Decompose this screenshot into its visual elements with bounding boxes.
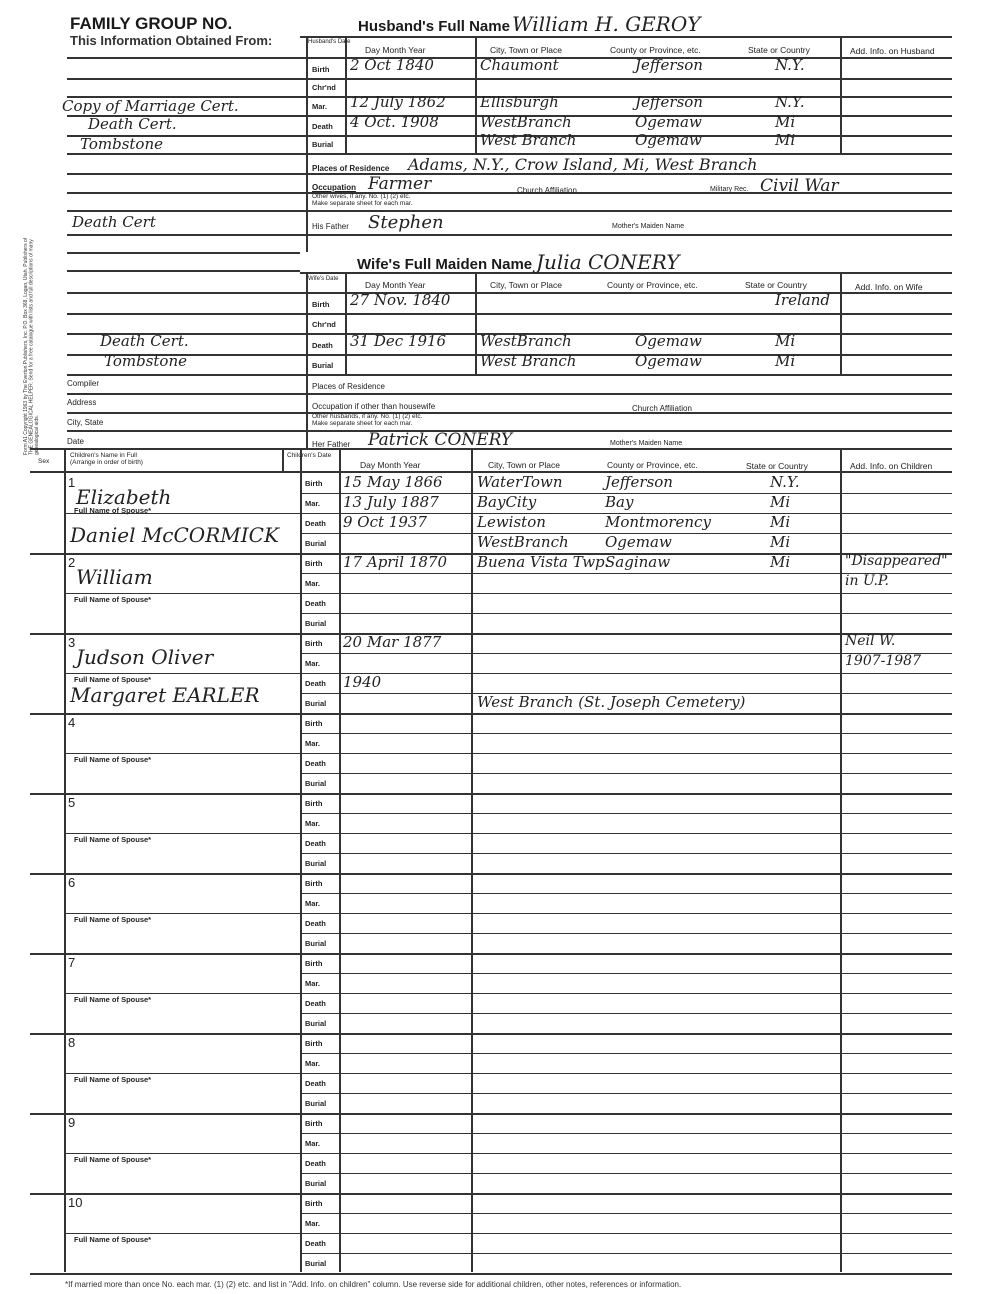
wife-name[interactable]: Julia CONERY xyxy=(536,250,679,274)
spouse-label: Full Name of Spouse* xyxy=(74,915,151,924)
husband-birth-date[interactable]: 2 Oct 1840 xyxy=(350,56,434,74)
child-birth-city[interactable]: Buena Vista Twp. xyxy=(477,553,609,571)
child-mar-county[interactable]: Bay xyxy=(605,493,633,511)
rule-line xyxy=(64,913,300,914)
husband-father[interactable]: Stephen xyxy=(368,212,444,233)
husband-birth-state[interactable]: N.Y. xyxy=(775,56,805,74)
child-burial-label: Burial xyxy=(305,699,326,708)
child-mar-city[interactable]: BayCity xyxy=(477,493,536,511)
rule-line xyxy=(64,673,300,674)
child-number: 2 xyxy=(68,555,75,570)
rule-line xyxy=(300,993,952,994)
child-burial-county[interactable]: Ogemaw xyxy=(605,533,672,551)
wife-occupation-label: Occupation if other than housewife xyxy=(312,402,435,411)
child-mar-label: Mar. xyxy=(305,579,320,588)
column-divider xyxy=(345,272,347,374)
child-birth-state[interactable]: Mi xyxy=(770,553,790,571)
rule-line xyxy=(300,813,952,814)
add-info-children-label: Add. Info. on Children xyxy=(850,461,932,471)
husband-occupation[interactable]: Farmer xyxy=(368,174,431,194)
rule-line xyxy=(300,973,952,974)
column-divider xyxy=(471,448,473,1272)
wife-residence-label: Places of Residence xyxy=(312,382,385,391)
child-burial-label: Burial xyxy=(305,779,326,788)
wife-birth-date[interactable]: 27 Nov. 1840 xyxy=(350,291,450,309)
column-divider xyxy=(840,448,842,1272)
spouse-label: Full Name of Spouse* xyxy=(74,506,151,515)
husband-father-source[interactable]: Death Cert xyxy=(72,213,156,231)
rule-line xyxy=(300,1133,952,1134)
child-birth-state[interactable]: N.Y. xyxy=(770,473,800,491)
spouse-label: Full Name of Spouse* xyxy=(74,755,151,764)
column-divider xyxy=(306,36,308,252)
rule-line xyxy=(300,593,952,594)
husband-mother-label: Mother's Maiden Name xyxy=(612,223,684,230)
child-number: 9 xyxy=(68,1115,75,1130)
rule-line xyxy=(30,713,952,715)
children-name-label-1: Children's Name in Full xyxy=(70,452,137,459)
child-birth-label: Birth xyxy=(305,799,323,808)
husband-birth-label: Birth xyxy=(312,65,330,74)
wife-birth-label: Birth xyxy=(312,300,330,309)
child-mar-label: Mar. xyxy=(305,1219,320,1228)
side-copyright: Form A1 Copyright 1963 by The Everton Pu… xyxy=(24,235,40,455)
child-death-county[interactable]: Montmorency xyxy=(605,513,711,531)
rule-line xyxy=(30,793,952,795)
husband-chrnd-label: Chr'nd xyxy=(312,83,336,92)
husband-source-2[interactable]: Death Cert. xyxy=(88,115,177,133)
child-death-label: Death xyxy=(305,999,326,1008)
child-name[interactable]: Judson Oliver xyxy=(76,645,213,669)
rule-line xyxy=(300,913,952,914)
column-divider xyxy=(840,272,842,374)
his-father-label: His Father xyxy=(312,222,349,231)
child-add-info-1[interactable]: Neil W. xyxy=(845,633,895,649)
husband-residence[interactable]: Adams, N.Y., Crow Island, Mi, West Branc… xyxy=(408,155,757,174)
child-mar-label: Mar. xyxy=(305,739,320,748)
occupation-label: Occupation xyxy=(312,183,356,192)
spouse-name[interactable]: Daniel McCORMICK xyxy=(70,523,279,547)
rule-line xyxy=(64,993,300,994)
rule-line xyxy=(300,853,952,854)
rule-line xyxy=(300,1173,952,1174)
column-divider xyxy=(64,448,66,1272)
child-county-label: County or Province, etc. xyxy=(607,460,698,470)
child-birth-date[interactable]: 17 April 1870 xyxy=(343,553,447,571)
column-divider xyxy=(840,36,842,153)
rule-line xyxy=(300,36,952,38)
husband-mar-county[interactable]: Jefferson xyxy=(635,93,703,111)
child-burial-label: Burial xyxy=(305,1019,326,1028)
spouse-label: Full Name of Spouse* xyxy=(74,995,151,1004)
other-husbands-label-1: Other husbands, if any. No. (1) (2) etc. xyxy=(312,413,422,420)
rule-line xyxy=(30,448,952,450)
county-label: County or Province, etc. xyxy=(610,45,701,55)
state-label: State or Country xyxy=(748,45,810,55)
add-info-husband-label: Add. Info. on Husband xyxy=(850,46,935,56)
rule-line xyxy=(300,933,952,934)
rule-line xyxy=(64,1153,300,1154)
rule-line xyxy=(300,1233,952,1234)
rule-line xyxy=(67,313,952,315)
wife-father[interactable]: Patrick CONERY xyxy=(368,430,512,450)
child-birth-label: Birth xyxy=(305,1039,323,1048)
child-add-info-2[interactable]: 1907-1987 xyxy=(845,653,921,669)
child-name[interactable]: William xyxy=(76,565,153,589)
column-divider xyxy=(339,448,341,1272)
city-label: City, Town or Place xyxy=(490,45,562,55)
wife-burial-city[interactable]: West Branch xyxy=(480,352,576,370)
husband-burial-state[interactable]: Mi xyxy=(775,131,795,149)
husband-death-county[interactable]: Ogemaw xyxy=(635,113,702,131)
rule-line xyxy=(30,1193,952,1195)
footnote: *If married more than once No. each mar.… xyxy=(65,1280,681,1289)
child-day-month-year-label: Day Month Year xyxy=(360,460,420,470)
child-burial-city[interactable]: West Branch (St. Joseph Cemetery) xyxy=(477,693,745,711)
child-death-label: Death xyxy=(305,1239,326,1248)
rule-line xyxy=(67,412,952,414)
wife-county-label: County or Province, etc. xyxy=(607,280,698,290)
child-birth-label: Birth xyxy=(305,959,323,968)
rule-line xyxy=(30,1033,952,1035)
child-burial-label: Burial xyxy=(305,619,326,628)
child-mar-label: Mar. xyxy=(305,979,320,988)
child-burial-label: Burial xyxy=(305,1179,326,1188)
child-death-label: Death xyxy=(305,759,326,768)
address-label: Address xyxy=(67,398,96,407)
wifes-date-label: Wife's Date xyxy=(308,276,338,283)
child-death-date[interactable]: 9 Oct 1937 xyxy=(343,513,427,531)
child-number: 7 xyxy=(68,955,75,970)
children-name-label-2: (Arrange in order of birth) xyxy=(70,459,143,466)
wife-death-city[interactable]: WestBranch xyxy=(480,332,572,350)
wife-source-1[interactable]: Death Cert. xyxy=(100,332,189,350)
residence-label: Places of Residence xyxy=(312,164,389,173)
wife-mother-label: Mother's Maiden Name xyxy=(610,440,682,447)
child-birth-date[interactable]: 15 May 1866 xyxy=(343,473,443,491)
column-divider xyxy=(282,448,284,473)
child-birth-label: Birth xyxy=(305,479,323,488)
wife-burial-state[interactable]: Mi xyxy=(775,352,795,370)
child-add-info-2[interactable]: in U.P. xyxy=(845,573,889,589)
child-birth-label: Birth xyxy=(305,719,323,728)
child-mar-label: Mar. xyxy=(305,1059,320,1068)
rule-line xyxy=(300,1013,952,1014)
child-number: 6 xyxy=(68,875,75,890)
compiler-label: Compiler xyxy=(67,379,99,388)
column-divider xyxy=(475,272,477,374)
husband-death-city[interactable]: WestBranch xyxy=(480,113,572,131)
child-birth-date[interactable]: 20 Mar 1877 xyxy=(343,633,441,651)
rule-line xyxy=(30,1273,952,1275)
child-birth-label: Birth xyxy=(305,879,323,888)
husband-burial-county[interactable]: Ogemaw xyxy=(635,131,702,149)
husband-mar-date[interactable]: 12 July 1862 xyxy=(350,93,446,111)
wife-chrnd-label: Chr'nd xyxy=(312,320,336,329)
child-death-label: Death xyxy=(305,519,326,528)
church-label: Church Affiliation xyxy=(517,186,577,195)
husband-mar-label: Mar. xyxy=(312,102,327,111)
spouse-label: Full Name of Spouse* xyxy=(74,1075,151,1084)
spouse-label: Full Name of Spouse* xyxy=(74,1235,151,1244)
child-death-state[interactable]: Mi xyxy=(770,513,790,531)
spouse-label: Full Name of Spouse* xyxy=(74,835,151,844)
rule-line xyxy=(64,593,300,594)
wife-death-label: Death xyxy=(312,341,333,350)
child-death-label: Death xyxy=(305,919,326,928)
husband-death-label: Death xyxy=(312,122,333,131)
child-death-label: Death xyxy=(305,1159,326,1168)
husband-source-3[interactable]: Tombstone xyxy=(80,135,163,153)
child-death-city[interactable]: Lewiston xyxy=(477,513,546,531)
child-mar-label: Mar. xyxy=(305,659,320,668)
child-burial-label: Burial xyxy=(305,939,326,948)
child-burial-city[interactable]: WestBranch xyxy=(477,533,569,551)
military-label: Military Rec. xyxy=(710,186,749,193)
child-birth-label: Birth xyxy=(305,1119,323,1128)
spouse-label: Full Name of Spouse* xyxy=(74,1155,151,1164)
wife-birth-state[interactable]: Ireland xyxy=(775,291,830,309)
wife-church-label: Church Affiliation xyxy=(632,404,692,413)
spouse-name[interactable]: Margaret EARLER xyxy=(70,683,260,707)
husband-death-state[interactable]: Mi xyxy=(775,113,795,131)
husband-mar-city[interactable]: Ellisburgh xyxy=(480,93,559,111)
sex-label: Sex xyxy=(38,458,49,465)
rule-line xyxy=(300,613,952,614)
column-divider xyxy=(345,36,347,153)
husband-birth-city[interactable]: Chaumont xyxy=(480,56,559,74)
child-burial-label: Burial xyxy=(305,859,326,868)
other-wives-label-1: Other wives, if any. No. (1) (2) etc. xyxy=(312,193,411,200)
wife-burial-label: Burial xyxy=(312,361,333,370)
spouse-label: Full Name of Spouse* xyxy=(74,595,151,604)
husband-military[interactable]: Civil War xyxy=(760,176,839,196)
rule-line xyxy=(300,753,952,754)
wife-death-county[interactable]: Ogemaw xyxy=(635,332,702,350)
obtained-from-label: This Information Obtained From: xyxy=(70,33,272,48)
rule-line xyxy=(30,953,952,955)
husband-name[interactable]: William H. GEROY xyxy=(512,12,700,36)
child-burial-label: Burial xyxy=(305,539,326,548)
other-wives-label-2: Make separate sheet for each mar. xyxy=(312,200,412,207)
child-state-label: State or Country xyxy=(746,461,808,471)
other-husbands-label-2: Make separate sheet for each mar. xyxy=(312,420,412,427)
husband-burial-label: Burial xyxy=(312,140,333,149)
rule-line xyxy=(64,833,300,834)
rule-line xyxy=(67,270,300,272)
child-mar-label: Mar. xyxy=(305,1139,320,1148)
child-add-info-1[interactable]: "Disappeared" xyxy=(845,553,948,569)
wife-name-label: Wife's Full Maiden Name xyxy=(357,256,532,273)
rule-line xyxy=(67,78,952,80)
day-month-year-label: Day Month Year xyxy=(365,45,425,55)
child-death-label: Death xyxy=(305,679,326,688)
wife-city-label: City, Town or Place xyxy=(490,280,562,290)
column-divider xyxy=(300,448,302,473)
child-birth-city[interactable]: WaterTown xyxy=(477,473,563,491)
wife-death-state[interactable]: Mi xyxy=(775,332,795,350)
rule-line xyxy=(67,210,952,212)
husband-source-1[interactable]: Copy of Marriage Cert. xyxy=(62,97,239,115)
child-death-date[interactable]: 1940 xyxy=(343,673,381,691)
rule-line xyxy=(67,252,300,254)
rule-line xyxy=(30,873,952,875)
husbands-date-label: Husband's Date xyxy=(308,39,342,46)
rule-line xyxy=(300,1093,952,1094)
wife-burial-county[interactable]: Ogemaw xyxy=(635,352,702,370)
husband-name-label: Husband's Full Name xyxy=(358,18,510,35)
column-divider xyxy=(475,36,477,153)
rule-line xyxy=(30,633,952,635)
child-number: 10 xyxy=(68,1195,82,1210)
rule-line xyxy=(300,833,952,834)
child-mar-label: Mar. xyxy=(305,499,320,508)
wife-death-date[interactable]: 31 Dec 1916 xyxy=(350,332,446,350)
child-burial-state[interactable]: Mi xyxy=(770,533,790,551)
child-number: 4 xyxy=(68,715,75,730)
rule-line xyxy=(67,374,952,376)
family-group-label: FAMILY GROUP NO. xyxy=(70,14,232,34)
child-mar-label: Mar. xyxy=(305,819,320,828)
rule-line xyxy=(64,753,300,754)
child-birth-label: Birth xyxy=(305,1199,323,1208)
column-divider xyxy=(306,272,308,448)
rule-line xyxy=(30,1113,952,1115)
rule-line xyxy=(300,673,952,674)
child-burial-label: Burial xyxy=(305,1099,326,1108)
child-death-label: Death xyxy=(305,839,326,848)
add-info-wife-label: Add. Info. on Wife xyxy=(855,282,923,292)
child-birth-county[interactable]: Saginaw xyxy=(605,553,670,571)
rule-line xyxy=(300,1073,952,1074)
city-state-label: City, State xyxy=(67,418,103,427)
husband-birth-county[interactable]: Jefferson xyxy=(635,56,703,74)
child-number: 1 xyxy=(68,475,75,490)
child-number: 3 xyxy=(68,635,75,650)
husband-burial-city[interactable]: West Branch xyxy=(480,131,576,149)
child-burial-label: Burial xyxy=(305,1259,326,1268)
child-number: 5 xyxy=(68,795,75,810)
child-death-label: Death xyxy=(305,599,326,608)
wife-day-month-year-label: Day Month Year xyxy=(365,280,425,290)
date-label: Date xyxy=(67,437,84,446)
child-mar-date[interactable]: 13 July 1887 xyxy=(343,493,439,511)
child-number: 8 xyxy=(68,1035,75,1050)
husband-mar-state[interactable]: N.Y. xyxy=(775,93,805,111)
wife-source-2[interactable]: Tombstone xyxy=(104,352,187,370)
rule-line xyxy=(300,1253,952,1254)
rule-line xyxy=(67,234,952,236)
child-birth-label: Birth xyxy=(305,639,323,648)
child-birth-label: Birth xyxy=(305,559,323,568)
child-mar-label: Mar. xyxy=(305,899,320,908)
wife-state-label: State or Country xyxy=(745,280,807,290)
rule-line xyxy=(300,893,952,894)
rule-line xyxy=(64,1233,300,1234)
rule-line xyxy=(67,393,952,395)
child-city-label: City, Town or Place xyxy=(488,460,560,470)
rule-line xyxy=(64,1073,300,1074)
child-mar-state[interactable]: Mi xyxy=(770,493,790,511)
rule-line xyxy=(300,1213,952,1214)
rule-line xyxy=(300,733,952,734)
childrens-date-label: Children's Date xyxy=(287,452,327,459)
rule-line xyxy=(300,773,952,774)
rule-line xyxy=(300,1153,952,1154)
child-birth-county[interactable]: Jefferson xyxy=(605,473,673,491)
child-death-label: Death xyxy=(305,1079,326,1088)
husband-death-date[interactable]: 4 Oct. 1908 xyxy=(350,113,439,131)
rule-line xyxy=(300,1053,952,1054)
